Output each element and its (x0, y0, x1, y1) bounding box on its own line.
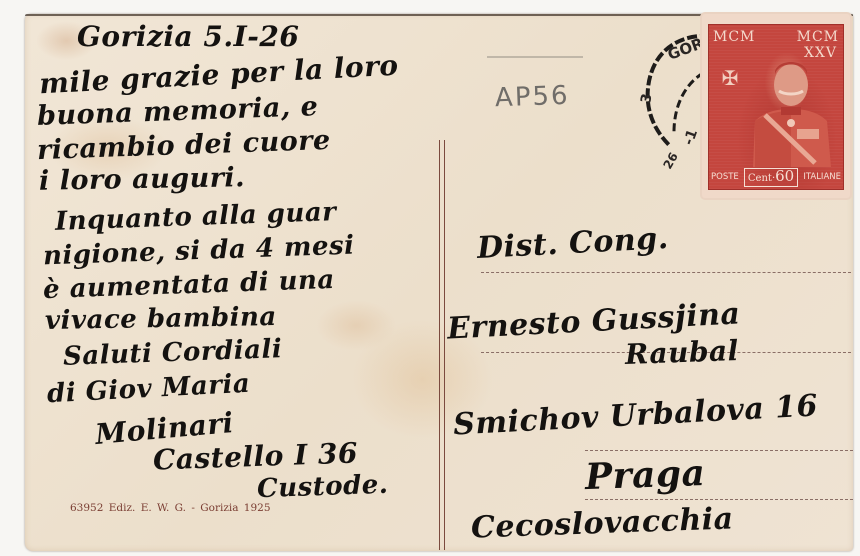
address-country: Cecoslovacchia (470, 501, 734, 545)
stamp-label-right: ITALIANE (803, 172, 841, 182)
message-line: Castello I 36 (152, 436, 358, 476)
address-rule (481, 272, 851, 273)
stamp-value-box: Cent·60 (744, 168, 798, 187)
message-line: mile grazie per la loro (38, 49, 399, 101)
publisher-imprint: 63952 Ediz. E. W. G. - Gorizia 1925 (70, 502, 271, 514)
stamp-value: 60 (775, 167, 794, 185)
message-line: di Giov Maria (46, 369, 251, 410)
address-rule (585, 499, 853, 500)
stamp-label-left: POSTE (711, 172, 739, 182)
svg-text:GOR: GOR (665, 34, 706, 64)
address-rule (585, 450, 853, 451)
stamp-value-prefix: Cent (748, 173, 772, 184)
svg-text:-1: -1 (681, 127, 701, 147)
message-line: Saluti Cordiali (63, 334, 283, 372)
address-line: Raubal (624, 334, 739, 371)
address-city: Praga (584, 452, 706, 498)
svg-text:3: 3 (638, 92, 655, 104)
message-date: Gorizia 5.I-26 (77, 20, 299, 53)
stamp-year-right: MCM (797, 29, 839, 45)
message-line: Inquanto alla guar (55, 197, 337, 237)
postage-stamp: MCM MCM XXV ✠ POSTE Cent·60 ITALIANE (702, 14, 850, 198)
pencil-mark (487, 56, 583, 58)
stamp-face: MCM MCM XXV ✠ POSTE Cent·60 ITALIANE (708, 24, 844, 190)
message-line: è aumentata di una (43, 265, 336, 305)
postcard-back: Gorizia 5.I-26 mile grazie per la loro b… (25, 14, 853, 551)
address-line: Smichov Urbalova 16 (452, 388, 818, 442)
message-line: ricambio dei cuore (37, 125, 332, 166)
svg-text:26: 26 (660, 150, 680, 171)
message-line: i loro auguri. (39, 162, 246, 197)
king-portrait-icon (745, 55, 835, 167)
stamp-year-left: MCM (713, 29, 755, 45)
message-line: Custode. (257, 470, 389, 505)
address-line: Dist. Cong. (476, 221, 669, 266)
message-line: vivace bambina (45, 302, 277, 336)
crest-icon: ✠ (719, 65, 741, 91)
pencil-note: AP56 (494, 81, 570, 114)
stamp-footer: POSTE Cent·60 ITALIANE (711, 168, 841, 186)
center-divider (439, 140, 445, 550)
